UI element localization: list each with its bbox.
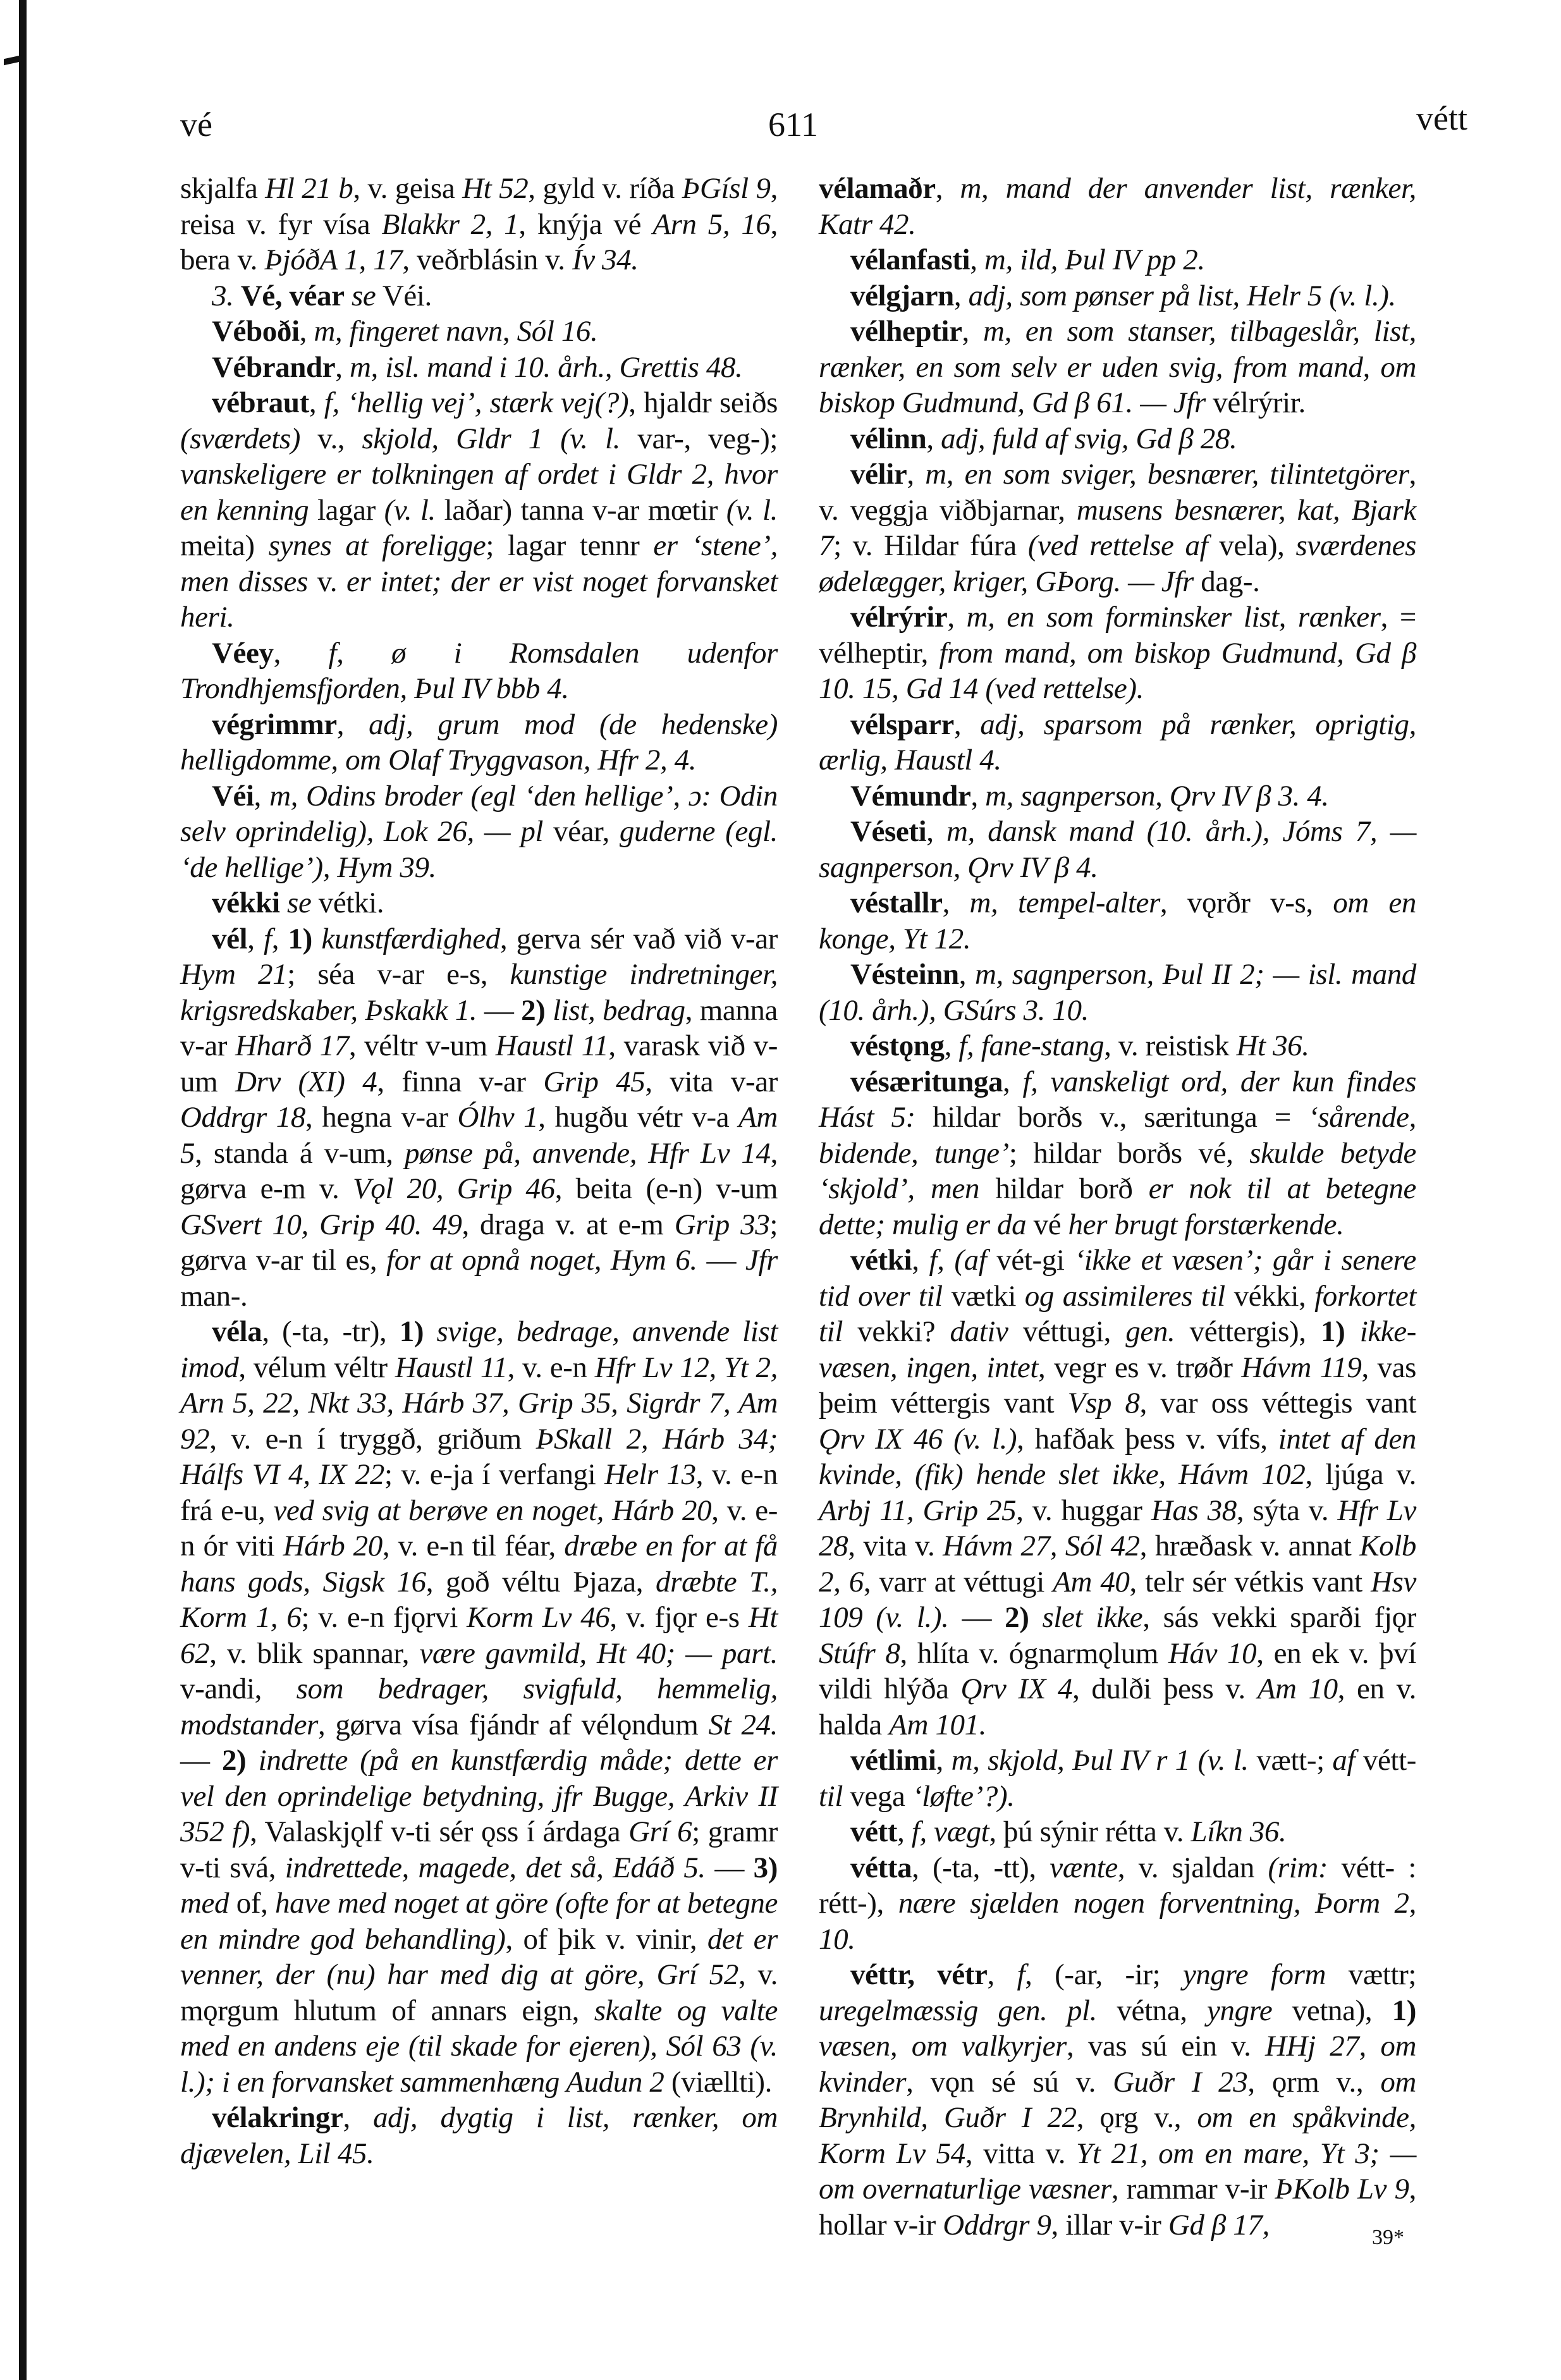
italic-text: f, ‘hellig vej’, stærk vej(?) xyxy=(324,386,628,419)
entry-text: , gerva sér vað við v-ar xyxy=(500,923,778,955)
entry-text: , þú sýnir rétta v. xyxy=(989,1815,1191,1848)
headword: végrimmr xyxy=(212,708,337,741)
entry-text: , véltr v-um xyxy=(349,1029,496,1062)
headword: Véey xyxy=(212,637,274,670)
dictionary-entry: vélrýrir, m, en som forminsker list, ræn… xyxy=(819,599,1416,707)
dictionary-entry: véstǫng, f, fane-stang, v. reistisk Ht 3… xyxy=(819,1028,1416,1064)
italic-text: Oddrgr 18 xyxy=(180,1101,305,1134)
entry-text xyxy=(545,994,553,1027)
entry-text: hildar borðs v., særitunga = xyxy=(915,1101,1308,1134)
headword: Vé, véar xyxy=(241,279,345,312)
italic-text: væsen, om valkyrjer xyxy=(819,2030,1067,2063)
entry-text: , vas sú ein v. xyxy=(1067,2030,1265,2063)
italic-text: Ǫrv IX 46 (v. l.) xyxy=(819,1423,1017,1456)
italic-text: Vǫl 20, Grip 46 xyxy=(353,1172,555,1205)
italic-text: synes at foreligge xyxy=(269,529,486,562)
dictionary-entry: Vémundr, m, sagnperson, Ǫrv IV β 3. 4. xyxy=(819,778,1416,814)
entry-text: v., xyxy=(300,422,362,455)
entry-text: , v. e-n til féar, xyxy=(383,1530,564,1562)
headword: Véseti xyxy=(850,815,926,848)
running-head-right: vétt xyxy=(1416,101,1467,135)
entry-text: , vǫn sé sú v. xyxy=(906,2066,1113,2099)
entry-text: laðar) tanna v-ar mœtir xyxy=(436,494,726,527)
headword: 3) xyxy=(754,1851,778,1884)
dictionary-entry: vélheptir, m, en som stanser, tilbageslå… xyxy=(819,314,1416,421)
italic-text: Sól 16. xyxy=(517,315,598,348)
entry-text: , standa á v-um, xyxy=(195,1137,405,1170)
entry-text: vétna, xyxy=(1097,1994,1207,2027)
entry-text: , (-ta, -tr), xyxy=(262,1315,399,1348)
italic-text: Helr 13 xyxy=(604,1458,696,1491)
italic-text: Vsp 8 xyxy=(1068,1387,1140,1420)
entry-text: , xyxy=(959,958,975,991)
italic-text: Ólhv 1 xyxy=(457,1101,538,1134)
italic-text: Arbj 11, Grip 25 xyxy=(819,1494,1016,1527)
entry-text: , hafðak þess v. vífs, xyxy=(1017,1423,1278,1456)
entry-text: , v. e-n í tryggð, griðum xyxy=(209,1423,536,1456)
headword: véstallr xyxy=(850,886,943,919)
entry-text: , xyxy=(954,279,969,312)
italic-text: Hávm 27, Sól 42 xyxy=(943,1530,1140,1562)
entry-text: vætt-; xyxy=(1249,1744,1333,1777)
italic-text: m, tempel-alter xyxy=(970,886,1160,919)
entry-text: , dulði þess v. xyxy=(1072,1672,1258,1705)
entry-text: , (-ta, -tt), xyxy=(912,1851,1050,1884)
italic-text: m, en som forminsker list, rænker xyxy=(967,601,1381,634)
headword: vélamaðr xyxy=(819,172,936,205)
italic-text: for at opnå noget, Hym 6. xyxy=(386,1244,697,1277)
entry-text: lagar xyxy=(309,494,384,527)
entry-text: — xyxy=(706,1851,754,1884)
entry-text xyxy=(312,923,321,955)
entry-text: , ǫrm v., xyxy=(1247,2066,1380,2099)
italic-text: Am 40 xyxy=(1053,1566,1129,1598)
italic-text: Korm Lv 46 xyxy=(467,1601,609,1634)
entry-text: , var oss véttegis vant xyxy=(1140,1387,1416,1420)
entry-text: vétki. xyxy=(311,886,384,919)
entry-text: ; hildar borðs vé, xyxy=(1009,1137,1249,1170)
italic-text: Háv 10 xyxy=(1168,1637,1256,1670)
entry-text: vét-gi xyxy=(986,1244,1074,1277)
entry-text: , ljúga v. xyxy=(1305,1458,1416,1491)
running-head-left: vé xyxy=(180,107,212,142)
entry-text: , xyxy=(947,601,966,634)
italic-text: Líkn 36. xyxy=(1191,1815,1287,1848)
entry-text: , xyxy=(247,923,264,955)
italic-text: skjold, Gldr 1 (v. l. xyxy=(362,422,620,455)
italic-text: Ǫrv IX 4 xyxy=(961,1672,1073,1705)
entry-text: , vegr es v. trøðr xyxy=(1038,1351,1241,1384)
entry-text: , vitta v. xyxy=(965,2137,1076,2170)
entry-text: — xyxy=(180,1744,222,1777)
italic-text: Hárb 20 xyxy=(283,1530,383,1562)
entry-text: Véi. xyxy=(376,279,432,312)
entry-text: , hræðask v. annat xyxy=(1140,1530,1359,1562)
entry-text: , telr sér vétkis vant xyxy=(1130,1566,1371,1598)
entry-text: — xyxy=(477,994,521,1027)
italic-text: med xyxy=(180,1887,229,1920)
entry-text xyxy=(246,1744,258,1777)
entry-text: , beita (e-n) v-um xyxy=(555,1172,778,1205)
italic-text: Hym 21 xyxy=(180,958,287,991)
dictionary-entry: Véey, f, ø i Romsdalen udenfor Trondhjem… xyxy=(180,635,778,707)
scan-binding-edge xyxy=(19,0,27,2380)
entry-text: vétt- xyxy=(1355,1744,1416,1777)
entry-text: of, xyxy=(229,1887,275,1920)
headword: 2) xyxy=(1005,1601,1029,1634)
entry-text: ; v. e-ja í verfangi xyxy=(384,1458,604,1491)
italic-text: adj, som pønser på list, Helr 5 (v. l.). xyxy=(969,279,1396,312)
italic-text: Hávm 119 xyxy=(1241,1351,1361,1384)
entry-text: , vita v. xyxy=(848,1530,943,1562)
headword: vélgjarn xyxy=(850,279,954,312)
headword: vélir xyxy=(850,458,907,491)
entry-text: , veðrblásin v. xyxy=(402,243,572,276)
entry-text: skjalfa xyxy=(180,172,265,205)
headword: 1) xyxy=(1321,1315,1345,1348)
headword: vél xyxy=(212,923,247,955)
entry-text: , xyxy=(962,315,983,348)
entry-text: ; v. e-n fjǫrvi xyxy=(301,1601,467,1634)
dictionary-entry: vélir, m, en som sviger, besnærer, tilin… xyxy=(819,457,1416,599)
entry-text: , goð véltu Þjaza, xyxy=(426,1566,656,1598)
entry-text xyxy=(1345,1315,1359,1348)
italic-text: m, fingeret navn xyxy=(314,315,503,348)
column-right: vélamaðr, m, mand der anvender list, ræn… xyxy=(819,171,1416,2243)
italic-text: Jfr xyxy=(745,1244,778,1277)
entry-text: , xyxy=(503,315,517,348)
italic-text: Haustl 11 xyxy=(496,1029,609,1062)
entry-text: , v. fjǫr e-s xyxy=(609,1601,748,1634)
entry-text: , v. e-n xyxy=(508,1351,595,1384)
italic-text: Am 10 xyxy=(1258,1672,1338,1705)
italic-text: nære sjælden nogen forventning, Þorm 2, … xyxy=(819,1887,1416,1956)
italic-text: (v. l. xyxy=(384,494,436,527)
entry-text: , sás vekki sparði fjǫr xyxy=(1142,1601,1416,1634)
entry-text: véttergis), xyxy=(1175,1315,1321,1348)
headword: vétki xyxy=(850,1244,912,1277)
entry-text: , xyxy=(343,2101,373,2134)
entry-text: , knýja vé xyxy=(518,208,652,241)
italic-text: m, isl. mand i 10. årh., Grettis 48. xyxy=(350,351,742,384)
entry-text: véar, xyxy=(543,815,620,848)
italic-text: ‘løfte’?). xyxy=(912,1780,1015,1813)
entry-text: , xyxy=(309,386,324,419)
entry-text: véttugi, xyxy=(1008,1315,1126,1348)
headword: vélakringr xyxy=(212,2101,343,2134)
italic-text: (rim: xyxy=(1268,1851,1328,1884)
headword: vébraut xyxy=(212,386,309,419)
dictionary-entry: 3. Vé, véar se Véi. xyxy=(180,278,778,314)
entry-text xyxy=(1029,1601,1042,1634)
italic-text: slet ikke xyxy=(1043,1601,1143,1634)
italic-text: dativ xyxy=(950,1315,1008,1348)
headword: véla xyxy=(212,1315,262,1348)
headword: 1) xyxy=(400,1315,424,1348)
italic-text: 3. xyxy=(212,279,241,312)
italic-text: f xyxy=(1017,1958,1025,1991)
italic-text: indrettede, magede, det så, Edáð 5. xyxy=(285,1851,706,1884)
italic-text: uregelmæssig gen. pl. xyxy=(819,1994,1097,2027)
headword: Véboði xyxy=(212,315,300,348)
dictionary-entry: Véseti, m, dansk mand (10. årh.), Jóms 7… xyxy=(819,814,1416,885)
entry-text: , ǫrg v., xyxy=(1077,2101,1197,2134)
italic-text: til xyxy=(819,1780,843,1813)
italic-text: Ív 34. xyxy=(572,243,639,276)
entry-text: dag-. xyxy=(1194,565,1260,598)
entry-text: , xyxy=(987,1958,1017,1991)
italic-text: adj, fuld af svig, Gd β 28. xyxy=(941,422,1237,455)
dictionary-entry: skjalfa Hl 21 b, v. geisa Ht 52, gyld v.… xyxy=(180,171,778,278)
headword: vélinn xyxy=(850,422,926,455)
entry-text: , vélum véltr xyxy=(238,1351,395,1384)
italic-text: list, bedrag xyxy=(553,994,685,1027)
dictionary-entry: vél, f, 1) kunstfærdighed, gerva sér vað… xyxy=(180,921,778,1315)
entry-text: , xyxy=(912,1244,929,1277)
entry-text: , hugðu vétr v-a xyxy=(538,1101,738,1134)
headword: vélanfasti xyxy=(850,243,970,276)
entry-text: , varr at véttugi xyxy=(864,1566,1053,1598)
headword: 2) xyxy=(521,994,545,1027)
signature-mark: 39* xyxy=(1372,2226,1404,2250)
headword: 1) xyxy=(288,923,312,955)
headword: 2) xyxy=(222,1744,246,1777)
entry-text: , xyxy=(907,458,925,491)
entry-text: vega xyxy=(843,1780,912,1813)
entry-text: , draga v. at e-m xyxy=(462,1208,674,1241)
entry-text: , xyxy=(926,422,941,455)
dictionary-entry: Véboði, m, fingeret navn, Sól 16. xyxy=(180,314,778,350)
entry-text: , finna v-ar xyxy=(377,1065,543,1098)
entry-text: , v. huggar xyxy=(1016,1494,1151,1527)
italic-text: Has 38 xyxy=(1151,1494,1237,1527)
headword: vétt xyxy=(850,1815,897,1848)
headword: véstǫng xyxy=(850,1029,945,1062)
headword: vétlimi xyxy=(850,1744,936,1777)
italic-text: yngre xyxy=(1207,1994,1272,2027)
italic-text: Hharð 17 xyxy=(235,1029,349,1062)
dictionary-entry: végrimmr, adj, grum mod (de hedenske) he… xyxy=(180,707,778,778)
entry-text: v-andi, xyxy=(180,1672,297,1705)
entry-text: var-, veg-); xyxy=(620,422,778,455)
headword: 1) xyxy=(1392,1994,1416,2027)
italic-text: og assimileres til xyxy=(1025,1280,1225,1313)
entry-text: , xyxy=(970,243,984,276)
entry-text: vætki xyxy=(943,1280,1025,1313)
italic-text: kunstfærdighed xyxy=(321,923,499,955)
entry-text: , xyxy=(254,780,269,813)
italic-text: vænte xyxy=(1050,1851,1118,1884)
italic-text: Arn 5, 16 xyxy=(652,208,770,241)
italic-text: Drv (XI) 4 xyxy=(235,1065,377,1098)
dictionary-entry: véttr, vétr, f, (-ar, -ir; yngre form væ… xyxy=(819,1957,1416,2243)
italic-text: Grí 6 xyxy=(628,1815,692,1848)
italic-text: se xyxy=(345,279,376,312)
headword: Vésteinn xyxy=(850,958,959,991)
entry-text xyxy=(424,1315,436,1348)
entry-text: , xyxy=(335,351,350,384)
italic-text: GSvert 10, Grip 40. 49 xyxy=(180,1208,462,1241)
dictionary-entry: vélsparr, adj, sparsom på rænker, oprigt… xyxy=(819,707,1416,778)
dictionary-entry: vélamaðr, m, mand der anvender list, ræn… xyxy=(819,171,1416,242)
headword: vélsparr xyxy=(850,708,954,741)
entry-text: vekki? xyxy=(843,1315,950,1348)
entry-text: hildar borð xyxy=(979,1172,1149,1205)
italic-text: m, en som sviger, besnærer, tilintetgöre… xyxy=(925,458,1409,491)
italic-text: ÞjóðA 1, 17 xyxy=(264,243,402,276)
entry-text: , hlíta v. ógnarmǫlum xyxy=(900,1637,1168,1670)
headword: vésæritunga xyxy=(850,1065,1003,1098)
dictionary-entry: vétki, f, (af vét-gi ‘ikke et væsen’; gå… xyxy=(819,1242,1416,1743)
entry-text: ; v. Hildar fúra xyxy=(833,529,1028,562)
dictionary-entry: vésæritunga, f, vanskeligt ord, der kun … xyxy=(819,1064,1416,1243)
entry-text: , hegna v-ar xyxy=(305,1101,457,1134)
entry-text: , xyxy=(274,637,329,670)
entry-text: vékki, xyxy=(1225,1280,1314,1313)
entry-text: , xyxy=(970,780,985,813)
italic-text: ÞKolb Lv 9 xyxy=(1275,2173,1409,2205)
headword: vélheptir xyxy=(850,315,962,348)
dictionary-entry: vétt, f, vægt, þú sýnir rétta v. Líkn 36… xyxy=(819,1814,1416,1850)
column-left: skjalfa Hl 21 b, v. geisa Ht 52, gyld v.… xyxy=(180,171,778,2171)
italic-text: (ved rettelse af xyxy=(1028,529,1208,562)
italic-text: se xyxy=(280,886,312,919)
italic-text: være gavmild, Ht 40; — part. xyxy=(419,1637,778,1670)
italic-text: gen. xyxy=(1125,1315,1175,1348)
headword: Vébrandr xyxy=(212,351,335,384)
entry-text: vetna), xyxy=(1272,1994,1392,2027)
entry-text: , vǫrðr v-s, xyxy=(1160,886,1333,919)
headword: vékki xyxy=(212,886,280,919)
entry-text: , gørva vísa fjándr af vélǫndum xyxy=(318,1708,709,1741)
entry-text: — xyxy=(949,1601,1005,1634)
entry-text: — xyxy=(697,1244,745,1277)
entry-text: ; séa v-ar e-s, xyxy=(287,958,510,991)
italic-text: pønse på, anvende, Hfr Lv 14 xyxy=(405,1137,771,1170)
italic-text: Ht 52 xyxy=(462,172,528,205)
dictionary-entry: vébraut, f, ‘hellig vej’, stærk vej(?), … xyxy=(180,385,778,635)
italic-text: Oddrgr 9 xyxy=(943,2209,1051,2242)
entry-text: vættr; xyxy=(1326,1958,1416,1991)
entry-text: , xyxy=(936,172,960,205)
italic-text: yngre form xyxy=(1183,1958,1326,1991)
italic-text: ved svig at berøve en noget, Hárb 20 xyxy=(273,1494,711,1527)
italic-text: Am 101. xyxy=(889,1708,986,1741)
italic-text: m, skjold, Þul IV r 1 (v. l. xyxy=(952,1744,1249,1777)
dictionary-entry: vélakringr, adj, dygtig i list, rænker, … xyxy=(180,2100,778,2171)
italic-text: Guðr I 23 xyxy=(1113,2066,1247,2099)
entry-text: , v. reistisk xyxy=(1104,1029,1236,1062)
entry-text: , v. geisa xyxy=(353,172,462,205)
entry-text: , (-ar, -ir; xyxy=(1025,1958,1183,1991)
entry-text: , of þik v. vinir, xyxy=(505,1923,707,1956)
dictionary-entry: vélgjarn, adj, som pønser på list, Helr … xyxy=(819,278,1416,314)
entry-text: ; lagar tennr xyxy=(486,529,653,562)
entry-text: , xyxy=(337,708,369,741)
dictionary-entry: véla, (-ta, -tr), 1) svige, bedrage, anv… xyxy=(180,1314,778,2100)
entry-text: , xyxy=(1003,1065,1022,1098)
entry-text: v. xyxy=(308,565,346,598)
entry-text: vela), xyxy=(1208,529,1295,562)
italic-text: f xyxy=(264,923,272,955)
dictionary-entry: vétta, (-ta, -tt), vænte, v. sjaldan (ri… xyxy=(819,1850,1416,1958)
headword: véttr, vétr xyxy=(850,1958,987,1991)
italic-text: f, fane-stang xyxy=(958,1029,1104,1062)
entry-text: vé xyxy=(1026,1208,1068,1241)
italic-text: Haustl 11 xyxy=(395,1351,508,1384)
italic-text: (v. l. xyxy=(726,494,778,527)
italic-text: Stúfr 8 xyxy=(819,1637,900,1670)
entry-text: , xyxy=(926,815,946,848)
entry-text: , rammar v-ir xyxy=(1111,2173,1275,2205)
entry-text: , vita v-ar xyxy=(645,1065,778,1098)
entry-text: man-. xyxy=(180,1280,247,1313)
italic-text: Grip 45 xyxy=(543,1065,645,1098)
italic-text: Gd β 17, xyxy=(1168,2209,1270,2242)
entry-text: , xyxy=(897,1815,912,1848)
entry-text: , xyxy=(936,1744,952,1777)
headword: vélrýrir xyxy=(850,601,947,634)
italic-text: ÞGísl 9 xyxy=(682,172,771,205)
italic-text: Hl 21 b xyxy=(265,172,353,205)
italic-text: St 24. xyxy=(709,1708,778,1741)
italic-text: her brugt forstærkende. xyxy=(1068,1208,1344,1241)
entry-text: , xyxy=(272,923,288,955)
italic-text: af xyxy=(1332,1744,1355,1777)
entry-text: , xyxy=(943,886,970,919)
italic-text: f, vægt xyxy=(912,1815,989,1848)
italic-text: Blakkr 2, 1 xyxy=(382,208,519,241)
headword: Vémundr xyxy=(850,780,970,813)
entry-text: , sýta v. xyxy=(1237,1494,1338,1527)
italic-text: (sværdets) xyxy=(180,422,300,455)
headword: vétta xyxy=(850,1851,912,1884)
entry-text: , hjaldr seiðs xyxy=(628,386,778,419)
dictionary-entry: vélinn, adj, fuld af svig, Gd β 28. xyxy=(819,421,1416,457)
entry-text: , Valaskjǫlf v-ti sér ǫss í árdaga xyxy=(250,1815,628,1848)
entry-text: (viællti). xyxy=(664,2066,772,2099)
italic-text: f, (af xyxy=(929,1244,986,1277)
entry-text: , gyld v. ríða xyxy=(528,172,682,205)
entry-text: , xyxy=(945,1029,959,1062)
entry-text: , illar v-ir xyxy=(1051,2209,1168,2242)
dictionary-entry: Vébrandr, m, isl. mand i 10. årh., Grett… xyxy=(180,350,778,386)
dictionary-entry: vékki se vétki. xyxy=(180,885,778,921)
headword: Véi xyxy=(212,780,254,813)
italic-text: Ht 36. xyxy=(1237,1029,1309,1062)
entry-text: , xyxy=(300,315,314,348)
dictionary-entry: véstallr, m, tempel-alter, vǫrðr v-s, om… xyxy=(819,885,1416,957)
page-number: 611 xyxy=(768,107,818,142)
entry-text: vélrýrir. xyxy=(1206,386,1306,419)
entry-text: meita) xyxy=(180,529,269,562)
italic-text: Grip 33 xyxy=(675,1208,770,1241)
dictionary-entry: vétlimi, m, skjold, Þul IV r 1 (v. l. væ… xyxy=(819,1743,1416,1814)
italic-text: m, ild, Þul IV pp 2. xyxy=(984,243,1205,276)
dictionary-entry: vélanfasti, m, ild, Þul IV pp 2. xyxy=(819,242,1416,278)
dictionary-entry: Véi, m, Odins broder (egl ‘den hellige’,… xyxy=(180,778,778,886)
italic-text: m, sagnperson, Ǫrv IV β 3. 4. xyxy=(985,780,1329,813)
entry-text: , xyxy=(954,708,980,741)
dictionary-entry: Vésteinn, m, sagnperson, Þul II 2; — isl… xyxy=(819,957,1416,1028)
entry-text: , v. sjaldan xyxy=(1118,1851,1268,1884)
entry-text: , v. blik spannar, xyxy=(209,1637,419,1670)
